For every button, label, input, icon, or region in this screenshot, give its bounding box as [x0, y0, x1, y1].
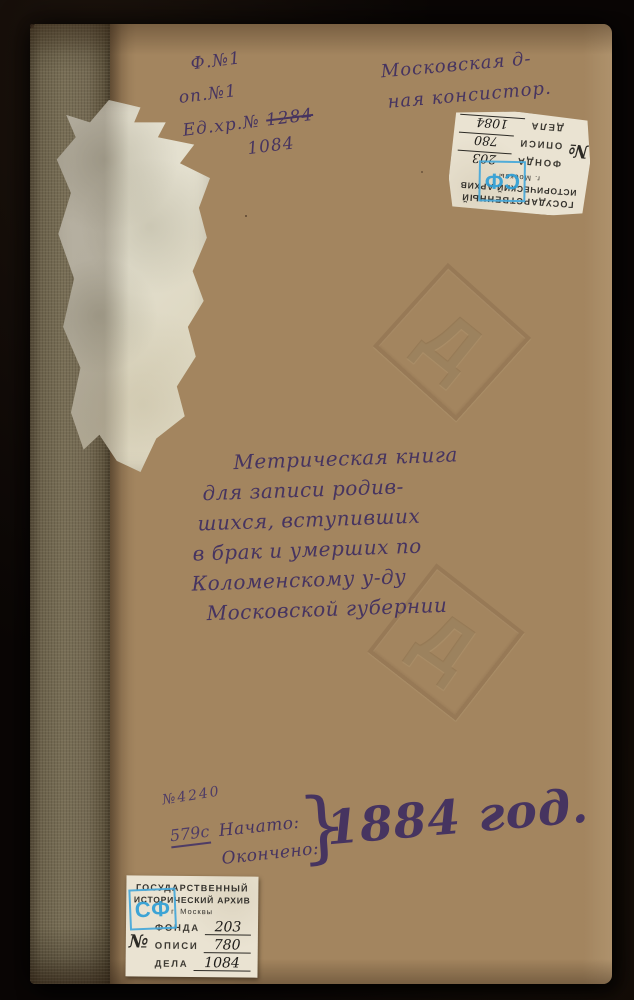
embossed-letter: Д [405, 292, 499, 391]
delo-row-label: ДЕЛА [529, 119, 564, 133]
inventory-number: №4240 [161, 783, 222, 808]
book-cover: Д Д Ф.№1 оп.№1 Ед.хр.№ 1284 1084 Московс… [30, 24, 612, 984]
archive-label-bottom: ГОСУДАРСТВЕННЫЙ ИСТОРИЧЕСКИЙ АРХИВ г. Мо… [125, 875, 258, 977]
consistory-inscription: Московская д- ная консистор. [380, 43, 553, 119]
inventory-code: 579с [169, 822, 211, 849]
storage-unit-old-number: 1284 [265, 105, 314, 131]
photo-background: Д Д Ф.№1 оп.№1 Ед.хр.№ 1284 1084 Московс… [0, 0, 634, 1000]
opis-row-label: ОПИСИ [518, 136, 562, 151]
number-sign: № [129, 931, 149, 952]
blue-ink-stamp: СФ [478, 160, 526, 202]
delo-row-value: 1084 [459, 114, 525, 133]
opis-row-value: 780 [203, 939, 250, 953]
number-sign: № [568, 139, 589, 161]
delo-row: ДЕЛА 1084 [155, 957, 253, 972]
opis-row-value: 780 [458, 132, 514, 150]
fond-inscription: Ф.№1 оп.№1 Ед.хр.№ 1284 1084 [173, 34, 318, 172]
ink-speckles [30, 24, 34, 28]
fond-row-value: 203 [205, 921, 251, 935]
blue-ink-stamp: СФ [128, 888, 177, 931]
embossed-stamp-upper: Д [373, 263, 531, 421]
delo-row-value: 1084 [193, 957, 250, 972]
year-inscription: 1884 год. [324, 779, 591, 857]
delo-row-label: ДЕЛА [155, 959, 189, 971]
opis-row-label: ОПИСИ [155, 941, 199, 953]
title-inscription: Метрическая книга для записи родив- шихс… [187, 439, 464, 628]
archive-label-top: ГОСУДАРСТВЕННЫЙ ИСТОРИЧЕСКИЙ АРХИВ г. Мо… [447, 107, 594, 218]
opis-row: ОПИСИ 780 [155, 939, 253, 954]
